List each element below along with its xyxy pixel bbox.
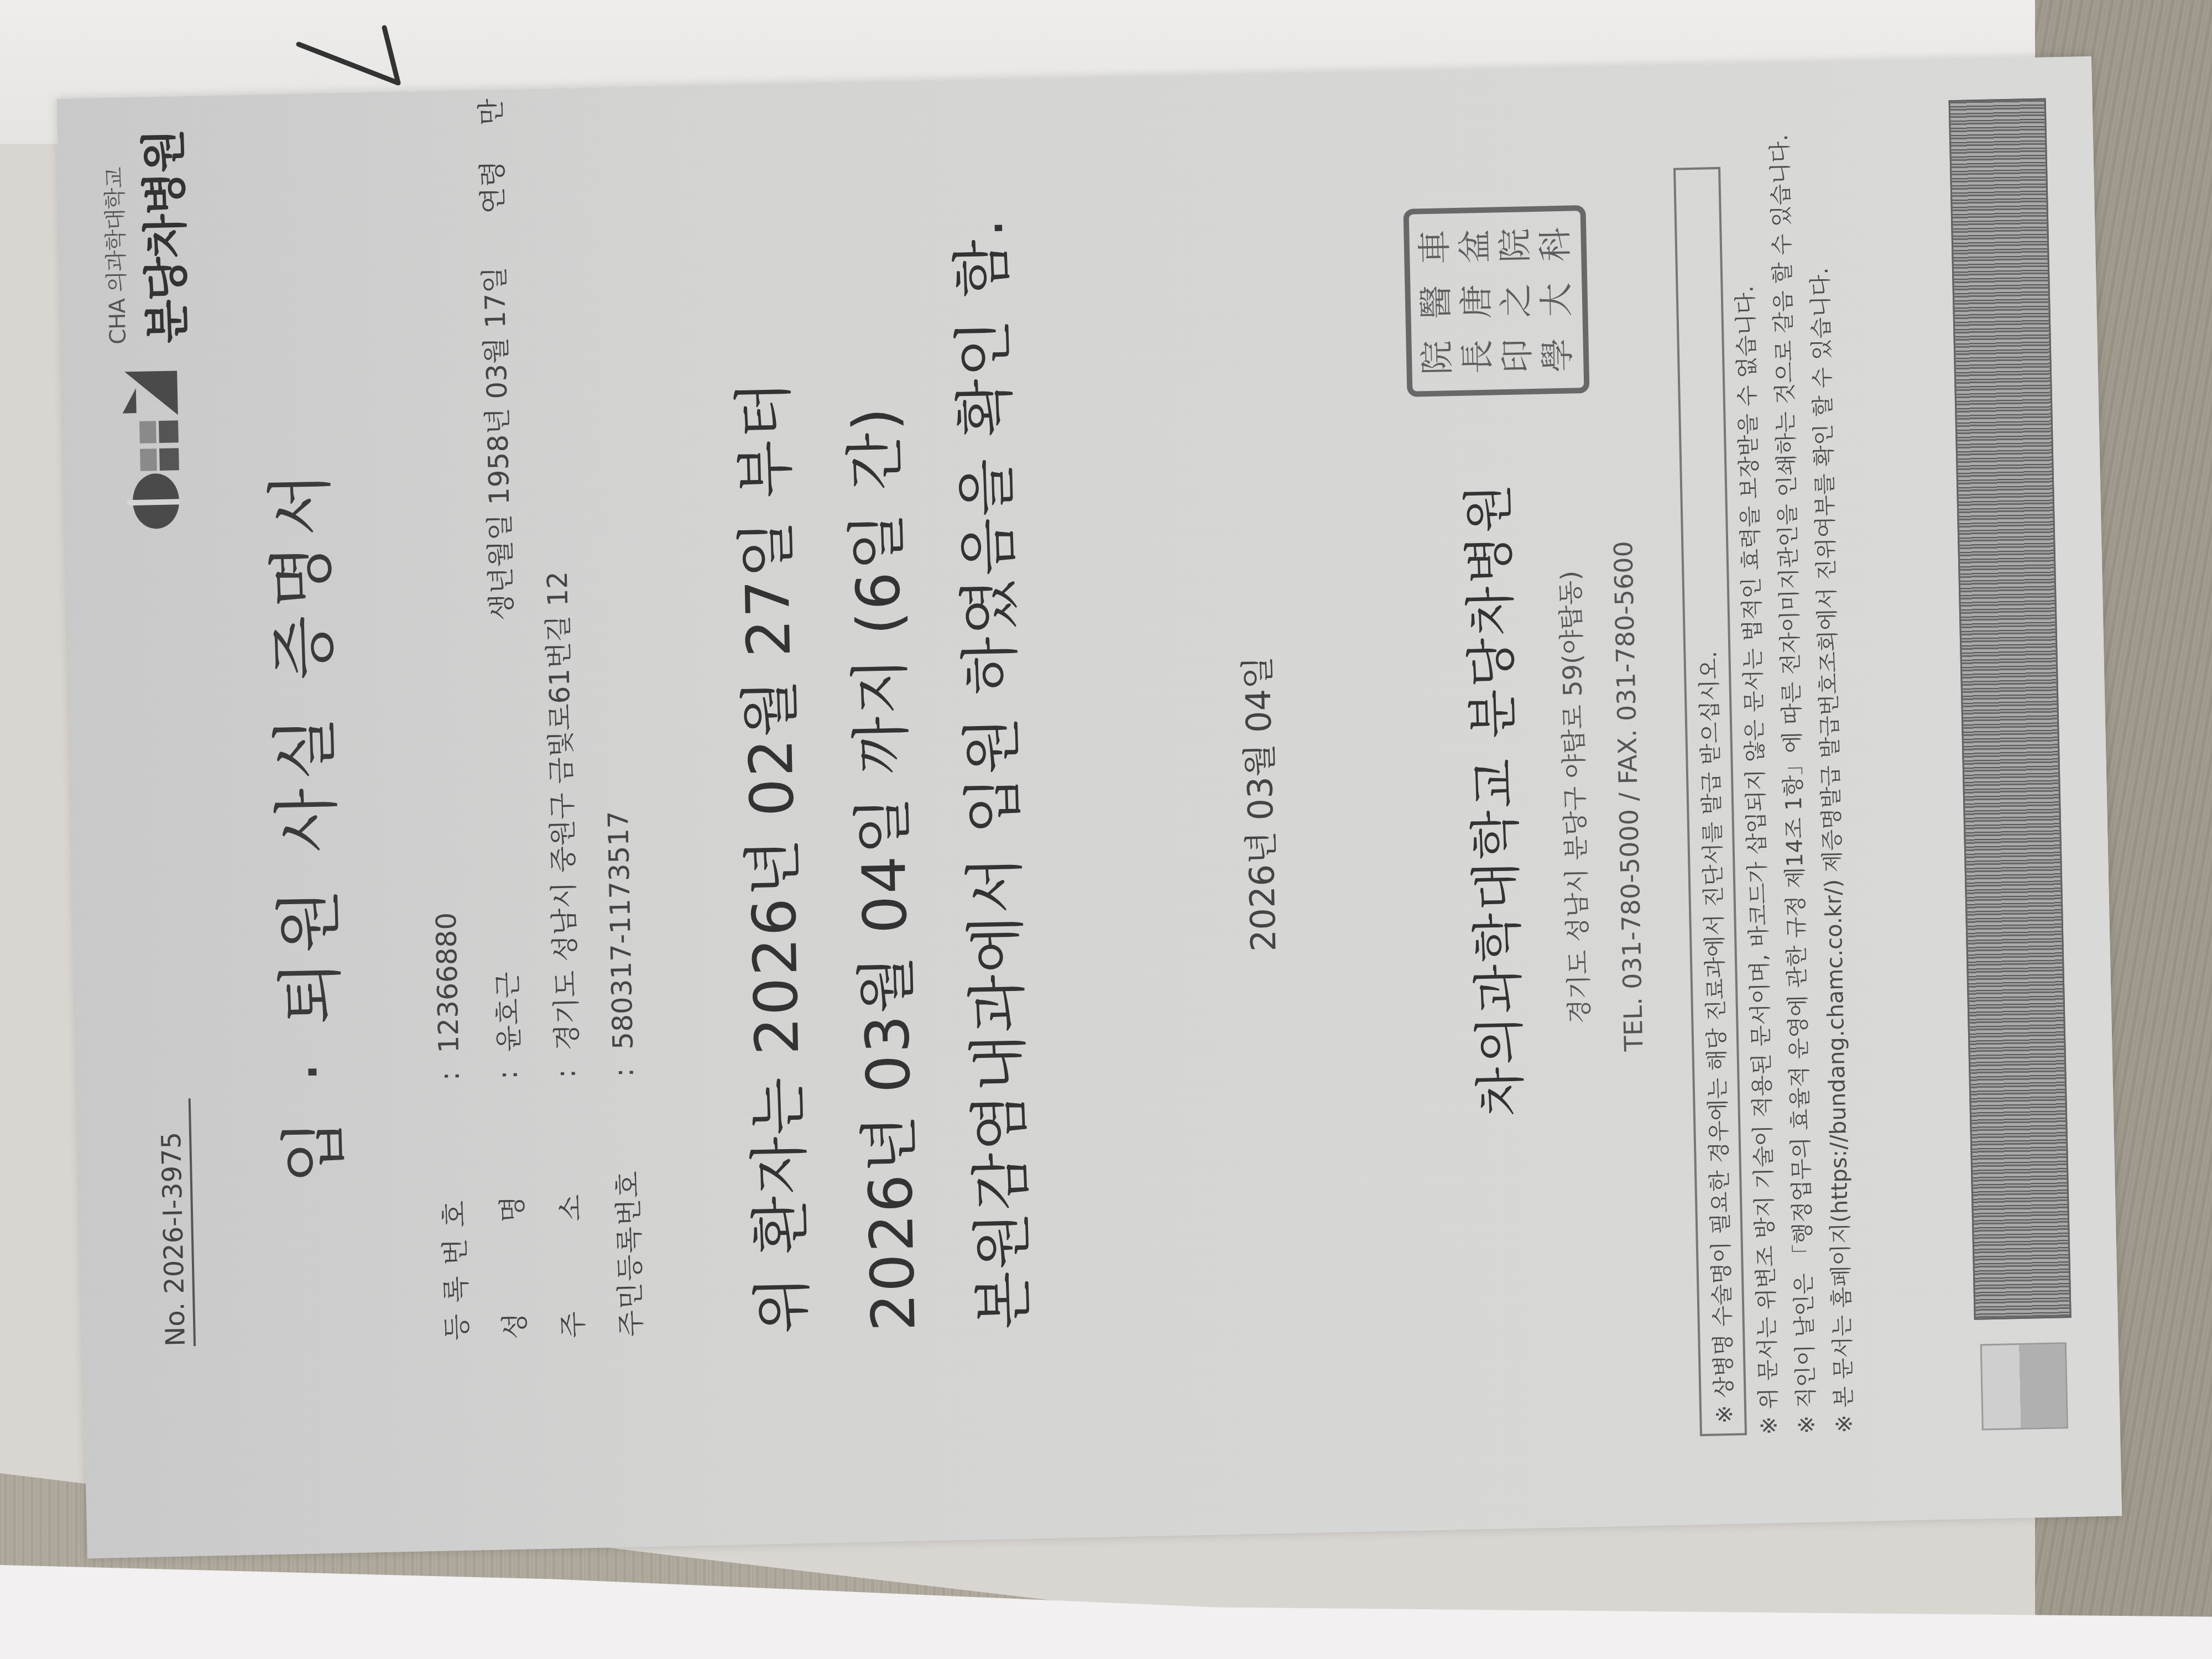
- seal-glyph: 科: [1535, 216, 1576, 272]
- registration-number-value: 12366880: [430, 912, 465, 1053]
- seal-glyph: 院: [1495, 217, 1536, 273]
- seal-glyph: 院: [1417, 330, 1458, 385]
- birth-value: 1958년 03월 17일: [478, 266, 515, 505]
- birth-label: 생년월일: [484, 513, 518, 620]
- statement-line-3: 본원감염내과에서 입원 하였음을 확인 함.: [933, 216, 1067, 1330]
- age-label: 연령: [476, 160, 509, 214]
- resident-number-label: 주민등록번호: [604, 1077, 649, 1337]
- hospital-logo: CHA 의과학대학교 분당차병원: [96, 129, 201, 533]
- footer-notes: ※ 상병명 수술명이 필요한 경우에는 해당 진료과에서 진단서를 발급 받으십…: [1672, 106, 1860, 1437]
- name-value: 윤호근: [486, 972, 527, 1052]
- note-1: ※ 상병명 수술명이 필요한 경우에는 해당 진료과에서 진단서를 발급 받으십…: [1696, 651, 1738, 1424]
- cha-logo-icon: [119, 365, 183, 532]
- seal-glyph: 唐: [1455, 273, 1497, 329]
- separator: :: [433, 1053, 466, 1081]
- hospital-tel-fax: TEL. 031-780-5000 / FAX. 031-780-5600: [1598, 66, 1658, 1526]
- pen-mark-icon: [288, 22, 409, 88]
- seal-glyph: 大: [1536, 272, 1577, 327]
- document-number: No. 2026-I-3975: [155, 1098, 196, 1347]
- seal-glyph: 車: [1415, 219, 1456, 275]
- registration-number-label: 등 록 번 호: [430, 1081, 475, 1341]
- logo-title: 분당차병원: [128, 129, 197, 344]
- seal-glyph: 醫: [1416, 274, 1457, 330]
- seal-glyph: 盆: [1454, 218, 1496, 274]
- logo-subtitle: CHA 의과학대학교: [96, 131, 132, 345]
- address-label: 주 소: [546, 1078, 591, 1338]
- seal-glyph: 長: [1457, 328, 1499, 384]
- issue-date: 2026년 03월 04일: [1218, 74, 1297, 1534]
- separator: :: [491, 1052, 524, 1080]
- separator: :: [549, 1050, 582, 1078]
- certificate-statement: 위 환자는 2026년 02월 27일 부터 2026년 03월 04일 까지 …: [712, 216, 1067, 1334]
- certificate-content: CHA 의과학대학교 분당차병원 No. 2026-I-3975 입 · 퇴원 …: [57, 56, 2122, 1558]
- seal-glyph: 之: [1496, 273, 1537, 328]
- address-value: 경기도 성남시 중원구 금빛로61번길 12: [535, 571, 585, 1051]
- resident-number-value: 580317-1173517: [602, 811, 639, 1050]
- barcode-area: [1948, 90, 2076, 1430]
- separator: :: [607, 1049, 639, 1077]
- seal-glyph: 印: [1497, 328, 1538, 384]
- birth-age: 생년월일 1958년 03월 17일 연령 만 67세: [467, 56, 519, 621]
- seal-glyph: 學: [1537, 327, 1579, 383]
- official-seal-icon: 院醫車長唐盆印之院學大科: [1403, 205, 1589, 397]
- certificate-paper: CHA 의과학대학교 분당차병원 No. 2026-I-3975 입 · 퇴원 …: [57, 56, 2122, 1558]
- name-label: 성 명: [488, 1079, 533, 1339]
- anti-forgery-barcode-icon: [1949, 98, 2072, 1319]
- background-white-surface: [0, 1565, 2212, 1659]
- page-title: 입 · 퇴원 사실 증명서: [239, 93, 365, 1554]
- small-code-icon: [1980, 1342, 2068, 1430]
- patient-info: 등 록 번 호 : 12366880 성 명 : 윤호근 생년월일 1958년 …: [410, 570, 658, 1342]
